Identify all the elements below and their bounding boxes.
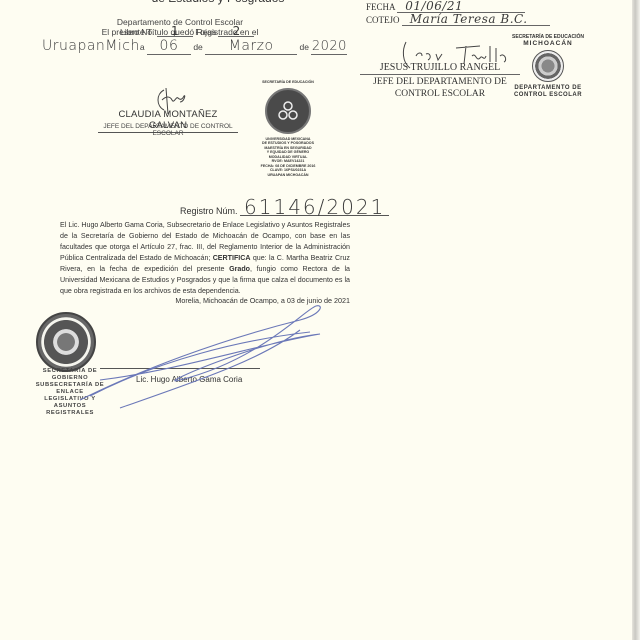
- jesus-name: JESUS TRUJILLO RANGEL: [360, 62, 520, 75]
- university-stamp: SECRETARÍA DE EDUCACIÓN UNIVERSIDAD MEXI…: [258, 80, 318, 177]
- fojas-label: Fojas: [195, 27, 216, 37]
- cotejo-value: María Teresa B.C.: [402, 13, 550, 26]
- cotejo-block: FECHA 01/06/21 COTEJO María Teresa B.C.: [366, 0, 550, 26]
- university-stamp-line: DE ESTUDIOS Y POSGRADOS: [258, 141, 318, 146]
- jesus-title-line-1: JEFE DEL DEPARTAMENTO DE: [360, 76, 520, 88]
- libro-value: 1: [157, 27, 193, 37]
- libro-label: Libro No.: [120, 27, 155, 37]
- grado-keyword: Grado: [229, 265, 250, 273]
- claudia-title: JEFE DEL DEPARTAMENTO DE CONTROL ESCOLAR: [88, 123, 248, 137]
- jesus-title: JEFE DEL DEPARTAMENTO DE CONTROL ESCOLAR: [360, 76, 520, 100]
- university-stamp-line: Y EQUIDAD DE GÉNERO: [258, 150, 318, 155]
- university-stamp-top: SECRETARÍA DE EDUCACIÓN: [258, 80, 318, 85]
- registry-number: 61146/2021: [240, 199, 389, 216]
- sep-michoacan-stamp: SECRETARÍA DE EDUCACIÓN MICHOACÁN DEPART…: [512, 34, 584, 99]
- gov-stamp-line: LEGISLATIVO Y ASUNTOS: [30, 396, 110, 410]
- government-stamp-text: SECRETARÍA DE GOBIERNO SUBSECRETARÍA DE …: [30, 368, 110, 417]
- registration-date-row: UruapanMicha 06 de Marzo de 2020: [42, 38, 347, 55]
- sep-stamp-line-2: MICHOACÁN: [512, 40, 584, 47]
- de-label-2: de: [300, 42, 309, 52]
- gov-stamp-line: REGISTRALES: [30, 410, 110, 417]
- libro-fojas-row: Libro No. 1 Fojas 2: [120, 27, 254, 37]
- certification-place-date: Morelia, Michoacán de Ocampo, a 03 de ju…: [170, 296, 350, 305]
- sep-stamp-line-3: DEPARTAMENTO DE: [512, 85, 584, 92]
- registry-label: Registro Núm.: [180, 206, 238, 216]
- cotejo-label: COTEJO: [366, 15, 400, 25]
- day-value: 06: [147, 38, 191, 55]
- cut-header-title: de Estudios y Posgrados: [118, 0, 318, 5]
- government-seal-icon: [36, 312, 96, 372]
- fojas-value: 2: [218, 27, 254, 37]
- jesus-title-line-2: CONTROL ESCOLAR: [360, 88, 520, 100]
- registry-number-row: Registro Núm. 61146/2021: [180, 199, 389, 216]
- gov-stamp-line: SECRETARÍA DE GOBIERNO: [30, 368, 110, 382]
- gov-stamp-line: SUBSECRETARÍA DE ENLACE: [30, 382, 110, 396]
- place-handwritten: UruapanMich: [42, 38, 140, 54]
- university-stamp-line: URUAPAN MICHOACÁN: [258, 173, 318, 178]
- triskelion-seal-icon: [265, 88, 311, 134]
- hugo-signature-line: [100, 368, 260, 369]
- year-value: 2020: [311, 39, 347, 55]
- de-label-1: de: [193, 42, 202, 52]
- fecha-label: FECHA: [366, 2, 395, 12]
- hugo-name: Lic. Hugo Alberto Gama Coria: [136, 375, 242, 384]
- place-suffix: a: [140, 42, 145, 52]
- cotejo-row: COTEJO María Teresa B.C.: [366, 13, 550, 26]
- coat-of-arms-seal-icon: [532, 50, 564, 82]
- scan-edge-shadow: [632, 0, 640, 640]
- department-name: Departamento de Control Escolar: [80, 17, 280, 27]
- certification-paragraph: El Lic. Hugo Alberto Gama Coria, Subsecr…: [60, 220, 350, 297]
- month-value: Marzo: [205, 38, 297, 55]
- sep-stamp-line-4: CONTROL ESCOLAR: [512, 92, 584, 99]
- certifica-keyword: CERTIFICA: [213, 254, 251, 262]
